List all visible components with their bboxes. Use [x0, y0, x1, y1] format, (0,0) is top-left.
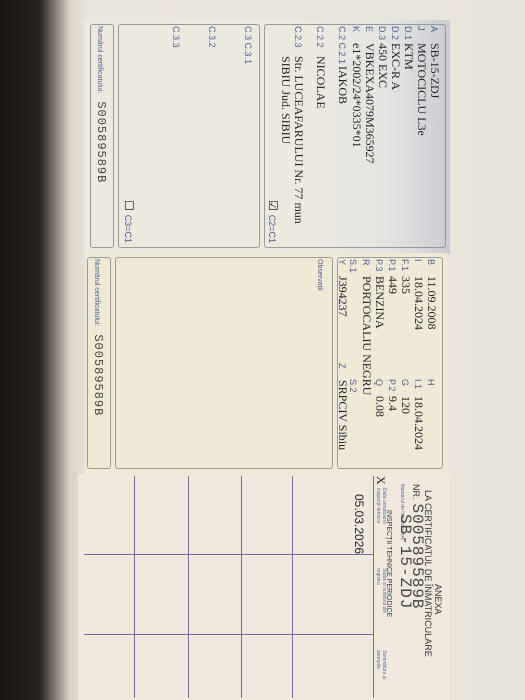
c2-eq-c1[interactable]: ☑ C2=C1 — [265, 200, 280, 232]
row-z: ZSRPCIV Sibiu — [335, 363, 350, 450]
observatii-label: Observații — [313, 259, 329, 291]
row-k: Ke1*2002/24*0335*01 — [349, 26, 364, 148]
annex-col1: Data următoarei inspecții tehnice — [375, 488, 388, 538]
row-c32: C.3.2 — [205, 26, 220, 48]
row-y: YJ394237 — [335, 259, 350, 317]
row-p2: P.29.4 — [385, 379, 400, 411]
annex-entry-1: 05.03.2026 — [352, 494, 366, 554]
row-c33: C.3.3 — [169, 26, 184, 48]
row-f1: F.1335 — [398, 259, 413, 294]
grid-line — [84, 554, 374, 555]
registration-document: ASB-15-ZDJ JMOTOCICLU L3e D.1KTM D.2EXC-… — [0, 0, 525, 700]
row-i: I18.04.2024 — [411, 259, 426, 330]
row-d3: D.3450 EXC — [375, 26, 390, 88]
annex-col2: Statia și numărul din registru — [375, 568, 388, 618]
row-d2: D.2EXC-R A — [388, 26, 403, 90]
row-i1: I.118.04.2024 — [411, 379, 426, 450]
annex-reg: Numărul de înmatriculare SB-15-ZDJ — [398, 484, 412, 609]
row-b: B11.09.2008 — [424, 259, 439, 330]
grid-line — [188, 476, 189, 698]
checkbox-unchecked-icon[interactable]: ☐ — [122, 200, 136, 211]
row-j: JMOTOCICLU L3e — [414, 26, 429, 136]
row-p1: P.1449 — [385, 259, 400, 294]
row-d1: D.1KTM — [401, 26, 416, 70]
row-a: ASB-15-ZDJ — [427, 26, 442, 98]
panel-vehicle-owner: ASB-15-ZDJ JMOTOCICLU L3e D.1KTM D.2EXC-… — [84, 20, 450, 254]
row-q: Q0.08 — [372, 379, 387, 417]
row-c31: C.3 C.3.1 — [241, 26, 256, 64]
observatii-box — [115, 257, 333, 469]
panel-annex: ANEXA LA CERTIFICATUL DE ÎNMATRICULARE N… — [78, 474, 450, 700]
row-c23: C.2.3Str. LUCEAFARULUI Nr. 77 mun — [291, 26, 306, 224]
grid-line — [134, 476, 135, 698]
row-g: G120 — [398, 379, 413, 414]
row-c22: C.2.2NICOLAE — [313, 26, 328, 109]
row-c21: C.2 C.2.1IAKOB — [335, 26, 350, 104]
checkbox-checked-icon[interactable]: ☑ — [266, 200, 280, 211]
grid-line — [241, 476, 242, 698]
annex-col3: Semnătura și ștampila — [375, 650, 388, 690]
row-p3: P.3BENZINA — [372, 259, 387, 329]
grid-line — [292, 476, 293, 698]
panel-vehicle-data: B11.09.2008 H I18.04.2024 I.118.04.2024 … — [85, 253, 447, 475]
row-h: H — [424, 379, 439, 396]
row-e: EVBKEXA4079M365927 — [362, 26, 377, 164]
annex-mark: X — [374, 476, 388, 485]
cert-number-2: Numărul certificatului: S00589589B — [90, 259, 106, 416]
row-r: RPORTOCALIU NEGRU — [359, 259, 374, 395]
grid-line — [373, 476, 374, 698]
c3-box — [118, 24, 260, 248]
cert-number-1: Numărul certificatului: S00589589B — [93, 26, 109, 183]
c3-eq-c1[interactable]: ☐ C3=C1 — [121, 200, 136, 232]
grid-line — [84, 634, 374, 635]
row-c23-cont: SIBIU Jud. SIBIU — [279, 56, 293, 144]
